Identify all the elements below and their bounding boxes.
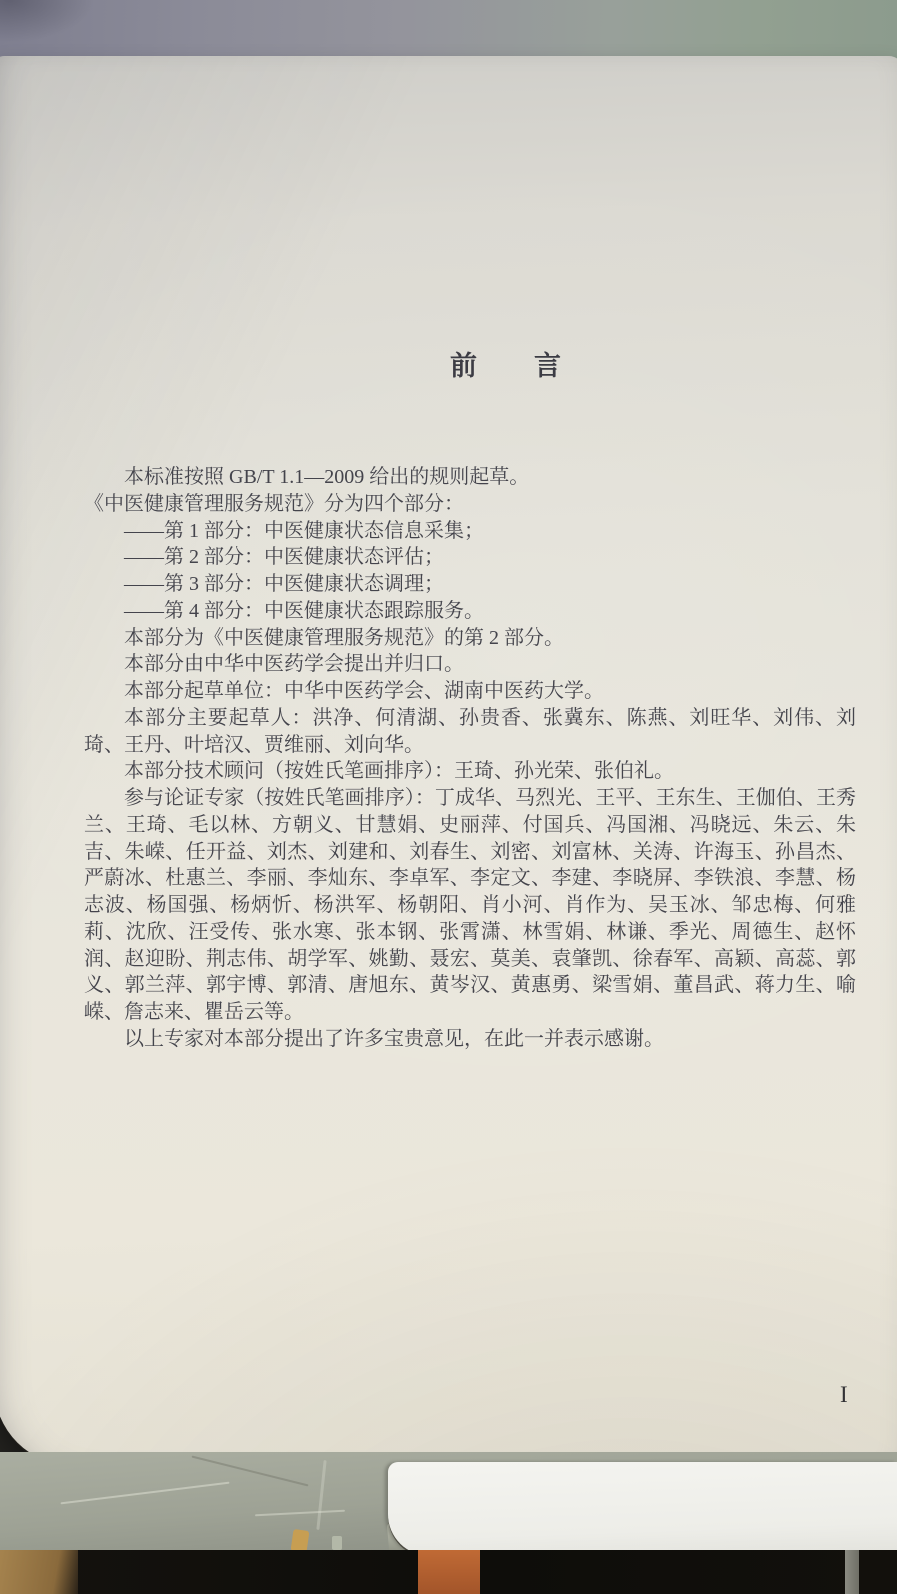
foreword-paragraph: 本部分由中华中医药学会提出并归口。 bbox=[84, 651, 856, 678]
floor-patch-orange bbox=[418, 1550, 480, 1594]
foreword-paragraph: 本部分为《中医健康管理服务规范》的第 2 部分。 bbox=[84, 625, 856, 652]
scratch-mark bbox=[61, 1482, 230, 1505]
scratch-mark bbox=[192, 1456, 309, 1487]
foreword-list-item: ——第 4 部分：中医健康状态跟踪服务。 bbox=[84, 598, 856, 625]
paint-chip bbox=[332, 1536, 342, 1550]
thanks-paragraph: 以上专家对本部分提出了许多宝贵意见，在此一并表示感谢。 bbox=[84, 1026, 856, 1053]
underlying-paper bbox=[388, 1462, 897, 1556]
foreword-paragraph: 本部分起草单位：中华中医药学会、湖南中医药大学。 bbox=[84, 678, 856, 705]
scratch-mark bbox=[255, 1510, 345, 1517]
foreword-list-item: ——第 2 部分：中医健康状态评估； bbox=[84, 544, 856, 571]
scratch-mark bbox=[316, 1460, 326, 1530]
floor-shadow-band bbox=[0, 1550, 897, 1594]
document-page: 前 言 本标准按照 GB/T 1.1—2009 给出的规则起草。 《中医健康管理… bbox=[0, 56, 897, 1466]
foreword-paragraph: 《中医健康管理服务规范》分为四个部分： bbox=[84, 491, 856, 518]
foreword-paragraph: 本标准按照 GB/T 1.1—2009 给出的规则起草。 bbox=[84, 464, 856, 491]
floor-patch-tan bbox=[0, 1550, 78, 1594]
drafters-paragraph: 本部分主要起草人：洪净、何清湖、孙贵香、张冀东、陈燕、刘旺华、刘伟、刘琦、王丹、… bbox=[84, 705, 856, 759]
page-title: 前 言 bbox=[84, 344, 892, 383]
foreword-list-item: ——第 3 部分：中医健康状态调理； bbox=[84, 571, 856, 598]
advisors-paragraph: 本部分技术顾问（按姓氏笔画排序）：王琦、孙光荣、张伯礼。 bbox=[84, 758, 856, 785]
foreword-body: 本标准按照 GB/T 1.1—2009 给出的规则起草。 《中医健康管理服务规范… bbox=[84, 464, 856, 1053]
table-leg bbox=[845, 1550, 859, 1594]
photo-frame: 前 言 本标准按照 GB/T 1.1—2009 给出的规则起草。 《中医健康管理… bbox=[0, 0, 897, 1594]
page-number: I bbox=[840, 1382, 848, 1408]
foreword-list-item: ——第 1 部分：中医健康状态信息采集； bbox=[84, 518, 856, 545]
experts-paragraph: 参与论证专家（按姓氏笔画排序）：丁成华、马烈光、王平、王东生、王伽伯、王秀兰、王… bbox=[84, 785, 856, 1026]
